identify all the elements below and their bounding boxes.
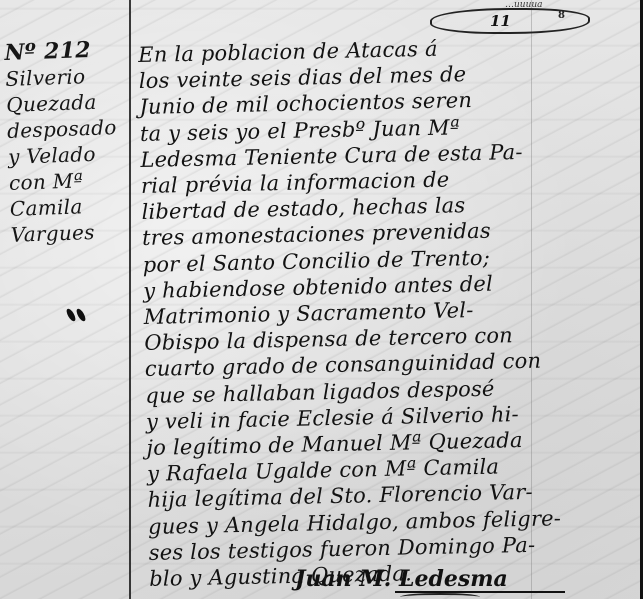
margin-rule-line [129, 0, 131, 599]
page-number-cartouche: 11 8 [430, 6, 588, 36]
document-page: …uuuua 11 8 Nº 212 Silverio Quezada desp… [0, 0, 643, 599]
margin-line: Vargues [10, 218, 133, 248]
priest-signature: Juan M. Ledesma [295, 566, 508, 592]
margin-note: Nº 212 Silverio Quezada desposado y Vela… [4, 36, 133, 248]
page-number: 11 [490, 12, 511, 30]
margin-line: desposado [7, 114, 130, 144]
record-body: En la poblacion de Atacas á los veinte s… [138, 32, 643, 593]
ditto-mark-icon [66, 308, 90, 322]
page-subnumber: 8 [558, 10, 565, 21]
bottom-flourish-icon [400, 593, 480, 599]
